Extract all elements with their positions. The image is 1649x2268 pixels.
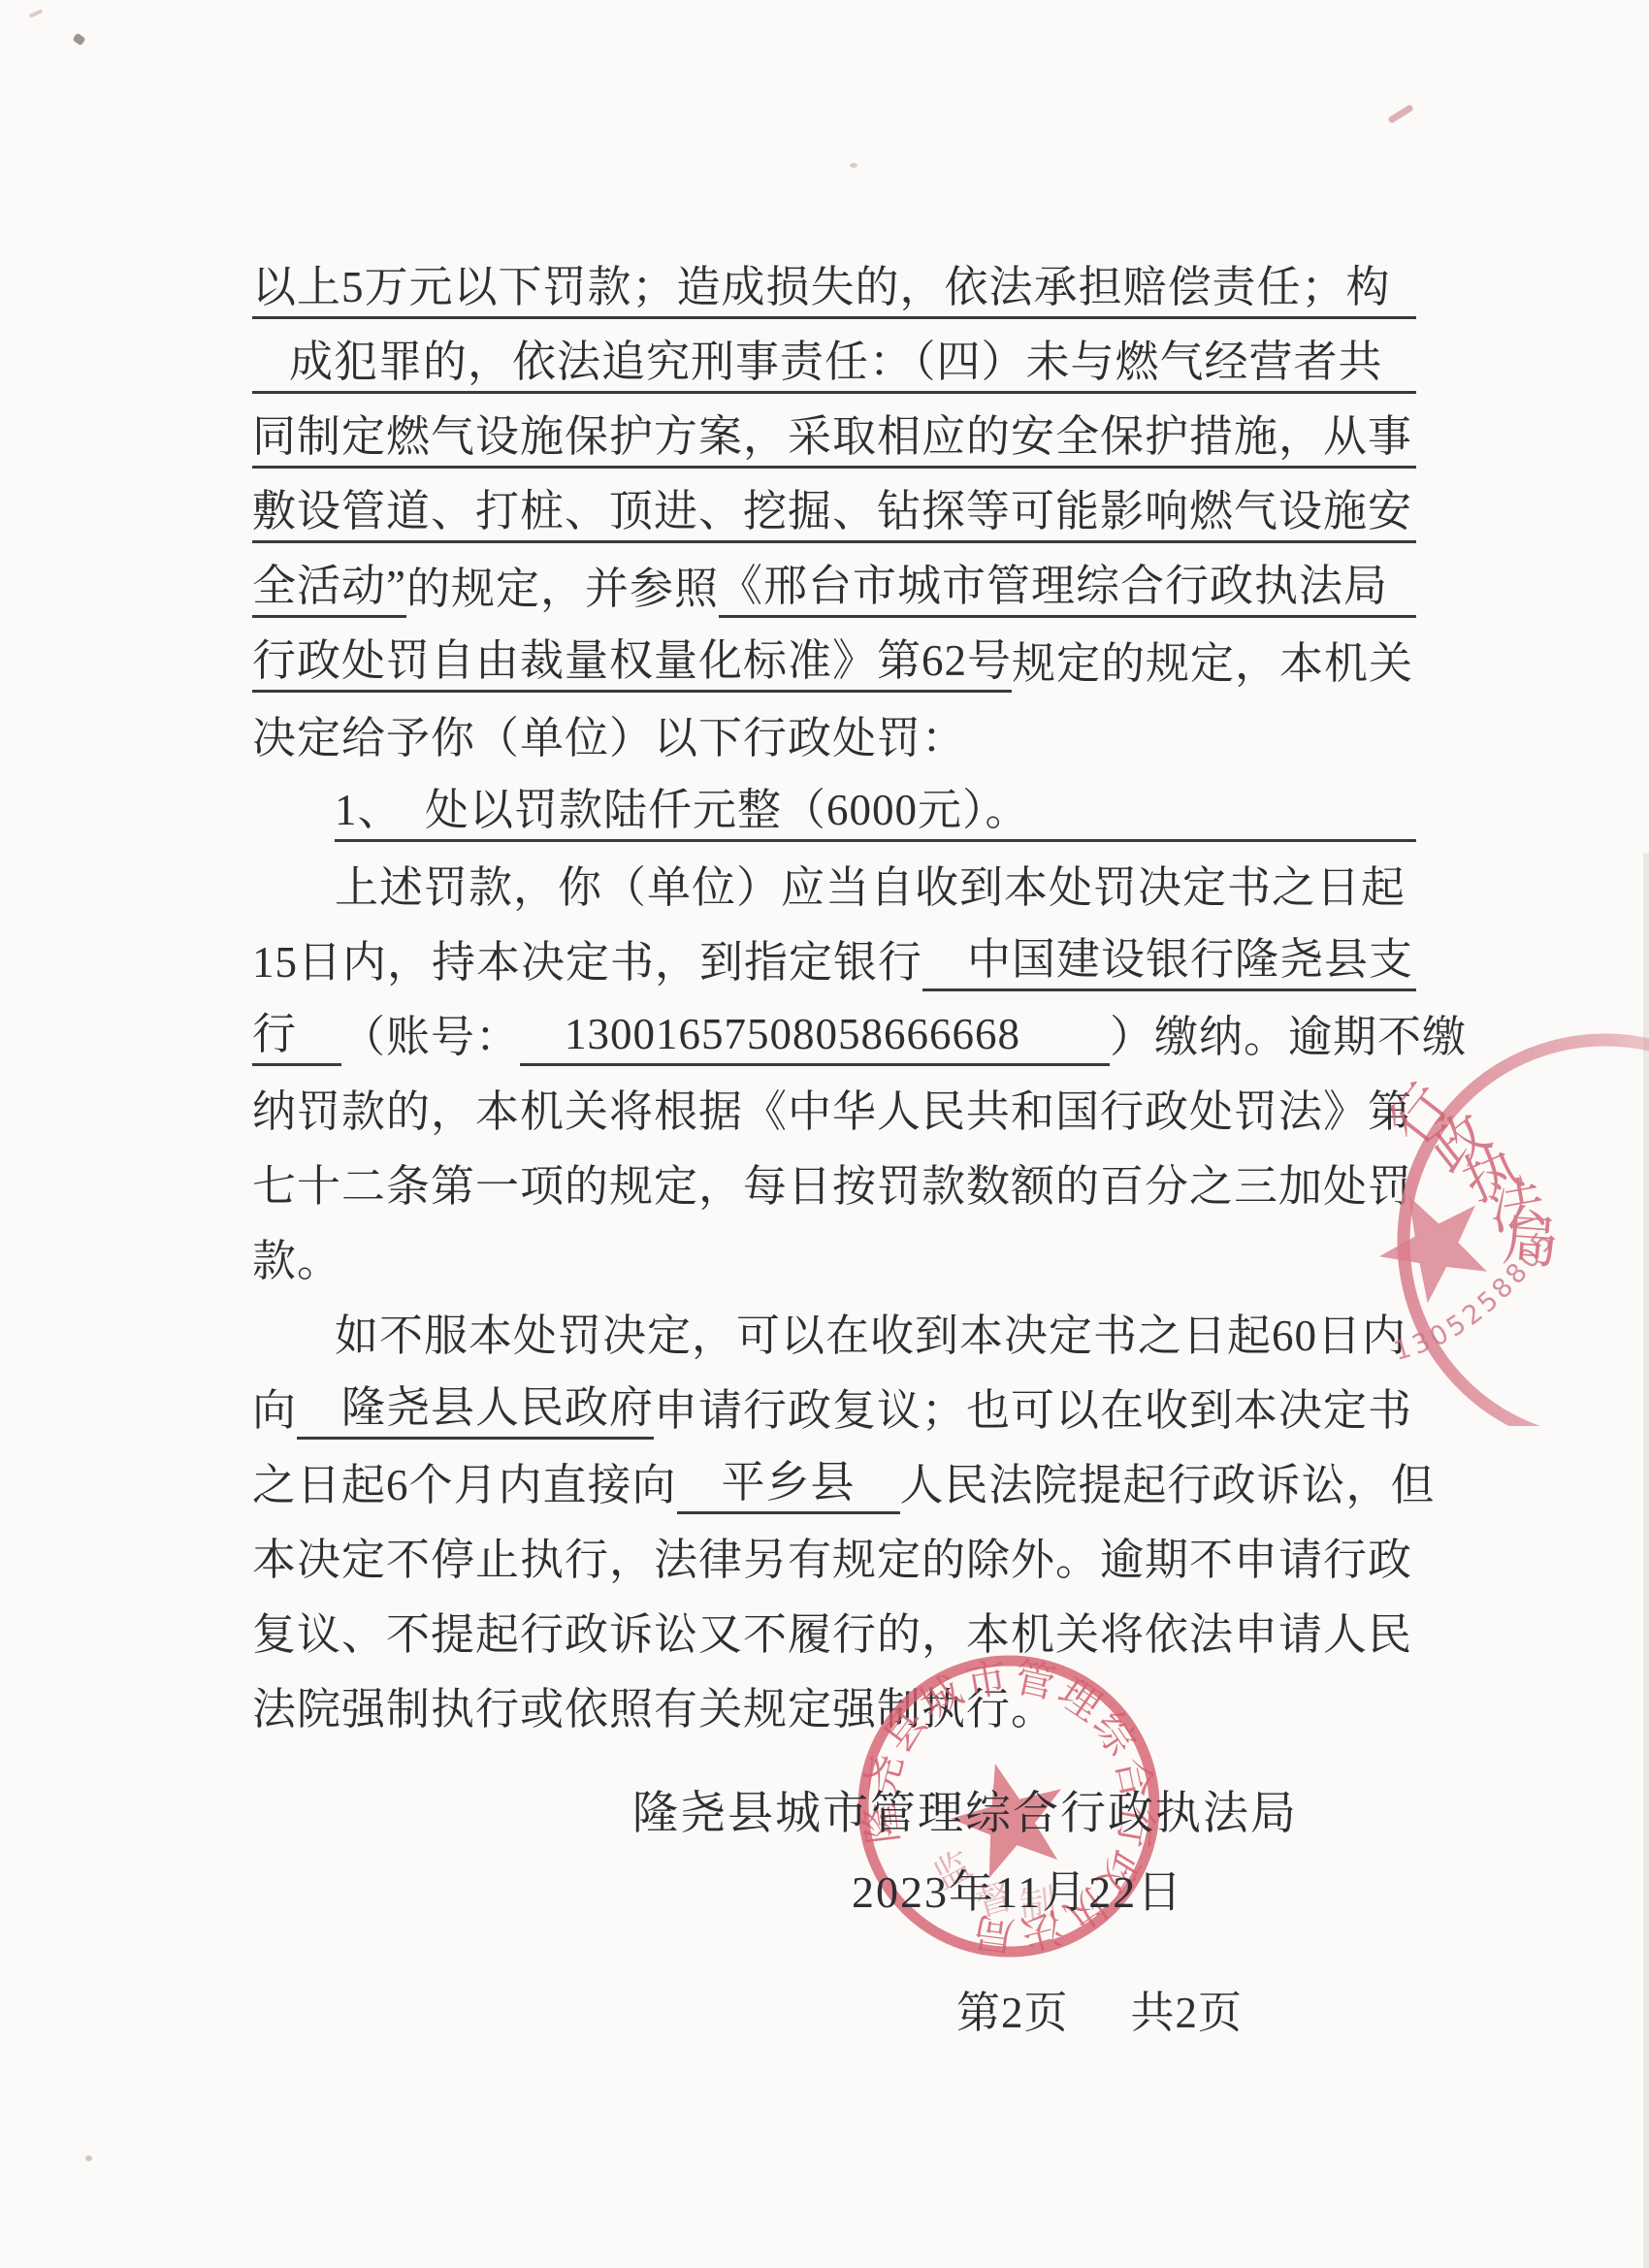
underlined-text: 行政处罚自由裁量权量化标准》第62号 [252, 639, 1012, 693]
text-line: 向 隆尧县人民政府申请行政复议；也可以在收到本决定书 [252, 1365, 1416, 1440]
text-line: 款。 [252, 1215, 1416, 1290]
text-line: 之日起6个月内直接向 平乡县 人民法院提起行政诉讼，但 [252, 1440, 1416, 1514]
text-line: 纳罚款的，本机关将根据《中华人民共和国行政处罚法》第 [252, 1066, 1416, 1141]
issuing-authority: 隆尧县城市管理综合行政执法局 [632, 1777, 1298, 1842]
underlined-text: 行 [252, 1013, 341, 1066]
scan-smudge [850, 163, 857, 168]
underlined-text: 以上5万元以下罚款；造成损失的，依法承担赔偿责任；构 [252, 266, 1391, 319]
text-segment: 上述罚款，你（单位）应当自收到本处罚决定书之日起 [335, 866, 1406, 917]
seal-star-icon [1370, 1185, 1490, 1311]
underlined-text: 全活动” [252, 565, 406, 618]
official-seal-partial: 行 政 执 法 局 1305258805429 [1353, 999, 1649, 1426]
text-line: 行 （账号： 13001657508058666668 ）缴纳。逾期不缴 [252, 991, 1416, 1066]
document-lines: 以上5万元以下罚款；造成损失的，依法承担赔偿责任；构成犯罪的，依法追究刑事责任：… [252, 244, 1416, 1738]
text-line: 以上5万元以下罚款；造成损失的，依法承担赔偿责任；构 [252, 244, 1416, 319]
text-segment: 如不服本处罚决定，可以在收到本决定书之日起60日内 [335, 1314, 1406, 1365]
underlined-text: 中国建设银行隆尧县支 [922, 938, 1413, 991]
scan-speck [72, 33, 85, 47]
text-line: 1、 处以罚款陆仟元整（6000元）。 [252, 767, 1416, 842]
text-segment: （账号： [341, 1016, 520, 1066]
underlined-text: 成犯罪的，依法追究刑事责任：（四）未与燃气经营者共 [289, 340, 1383, 394]
underlined-text: 《邢台市城市管理综合行政执法局 [719, 565, 1388, 618]
page-footer: 第2页共2页 [956, 1977, 1243, 2040]
page-number: 第2页 [956, 1989, 1069, 2037]
page-total: 共2页 [1131, 1989, 1244, 2037]
text-segment: 人民法院提起行政诉讼，但 [900, 1464, 1436, 1514]
text-segment: 规定的规定，本机关 [1012, 642, 1413, 693]
text-line: 同制定燃气设施保护方案，采取相应的安全保护措施，从事 [252, 394, 1416, 469]
text-line: 法院强制执行或依照有关规定强制执行。 [252, 1664, 1416, 1738]
scan-red-mark [1387, 104, 1413, 124]
text-line: 成犯罪的，依法追究刑事责任：（四）未与燃气经营者共 [252, 319, 1416, 394]
text-segment: 复议、不提起行政诉讼又不履行的，本机关将依法申请人民 [252, 1613, 1412, 1664]
text-line: 决定给予你（单位）以下行政处罚： [252, 693, 1416, 767]
text-line: 行政处罚自由裁量权量化标准》第62号规定的规定，本机关 [252, 618, 1416, 693]
text-segment: 本决定不停止执行，法律另有规定的除外。逾期不申请行政 [252, 1539, 1412, 1589]
underlined-text: 1、 处以罚款陆仟元整（6000元）。 [335, 789, 1030, 842]
underlined-text: 平乡县 [677, 1461, 900, 1514]
text-line: 全活动”的规定，并参照《邢台市城市管理综合行政执法局 [252, 543, 1416, 618]
underline-fill [1030, 832, 1416, 842]
document-page: 行 政 执 法 局 1305258805429 隆尧县城市管理综合行政执法局 监… [0, 0, 1649, 2268]
text-segment: 向 [252, 1389, 297, 1440]
text-line: 15日内，持本决定书，到指定银行 中国建设银行隆尧县支 [252, 917, 1416, 991]
issue-date: 2023年11月22日 [852, 1857, 1183, 1921]
underline-fill [1391, 309, 1416, 319]
text-segment: 决定给予你（单位）以下行政处罚： [252, 717, 966, 767]
text-line: 敷设管道、打桩、顶进、挖掘、钻探等可能影响燃气设施安 [252, 469, 1416, 543]
text-line: 七十二条第一项的规定，每日按罚款数额的百分之三加处罚 [252, 1141, 1416, 1215]
underlined-text: 敷设管道、打桩、顶进、挖掘、钻探等可能影响燃气设施安 [252, 490, 1412, 543]
scan-speck [29, 9, 43, 18]
underline-fill [1413, 982, 1416, 991]
text-segment: 纳罚款的，本机关将根据《中华人民共和国行政处罚法》第 [252, 1090, 1412, 1141]
text-segment: 款。 [252, 1240, 341, 1290]
underlined-text: 同制定燃气设施保护方案，采取相应的安全保护措施，从事 [252, 415, 1412, 469]
text-line: 如不服本处罚决定，可以在收到本决定书之日起60日内 [252, 1290, 1416, 1365]
text-segment: 的规定，并参照 [406, 567, 719, 618]
text-line: 上述罚款，你（单位）应当自收到本处罚决定书之日起 [252, 842, 1416, 917]
underline-fill [1412, 534, 1416, 543]
text-line: 本决定不停止执行，法律另有规定的除外。逾期不申请行政 [252, 1514, 1416, 1589]
underline-fill [1412, 459, 1416, 469]
underline-fill [1388, 608, 1416, 618]
underlined-text: 隆尧县人民政府 [297, 1386, 654, 1440]
text-segment: 15日内，持本决定书，到指定银行 [252, 941, 922, 991]
text-segment: 申请行政复议；也可以在收到本决定书 [654, 1389, 1412, 1440]
underline-fill [1383, 384, 1416, 394]
text-segment: 七十二条第一项的规定，每日按罚款数额的百分之三加处罚 [252, 1165, 1412, 1215]
text-line: 复议、不提起行政诉讼又不履行的，本机关将依法申请人民 [252, 1589, 1416, 1664]
scan-speck [85, 2155, 92, 2161]
text-segment: 之日起6个月内直接向 [252, 1464, 677, 1514]
underline-lead [252, 384, 289, 394]
underlined-text: 13001657508058666668 [520, 1013, 1110, 1066]
